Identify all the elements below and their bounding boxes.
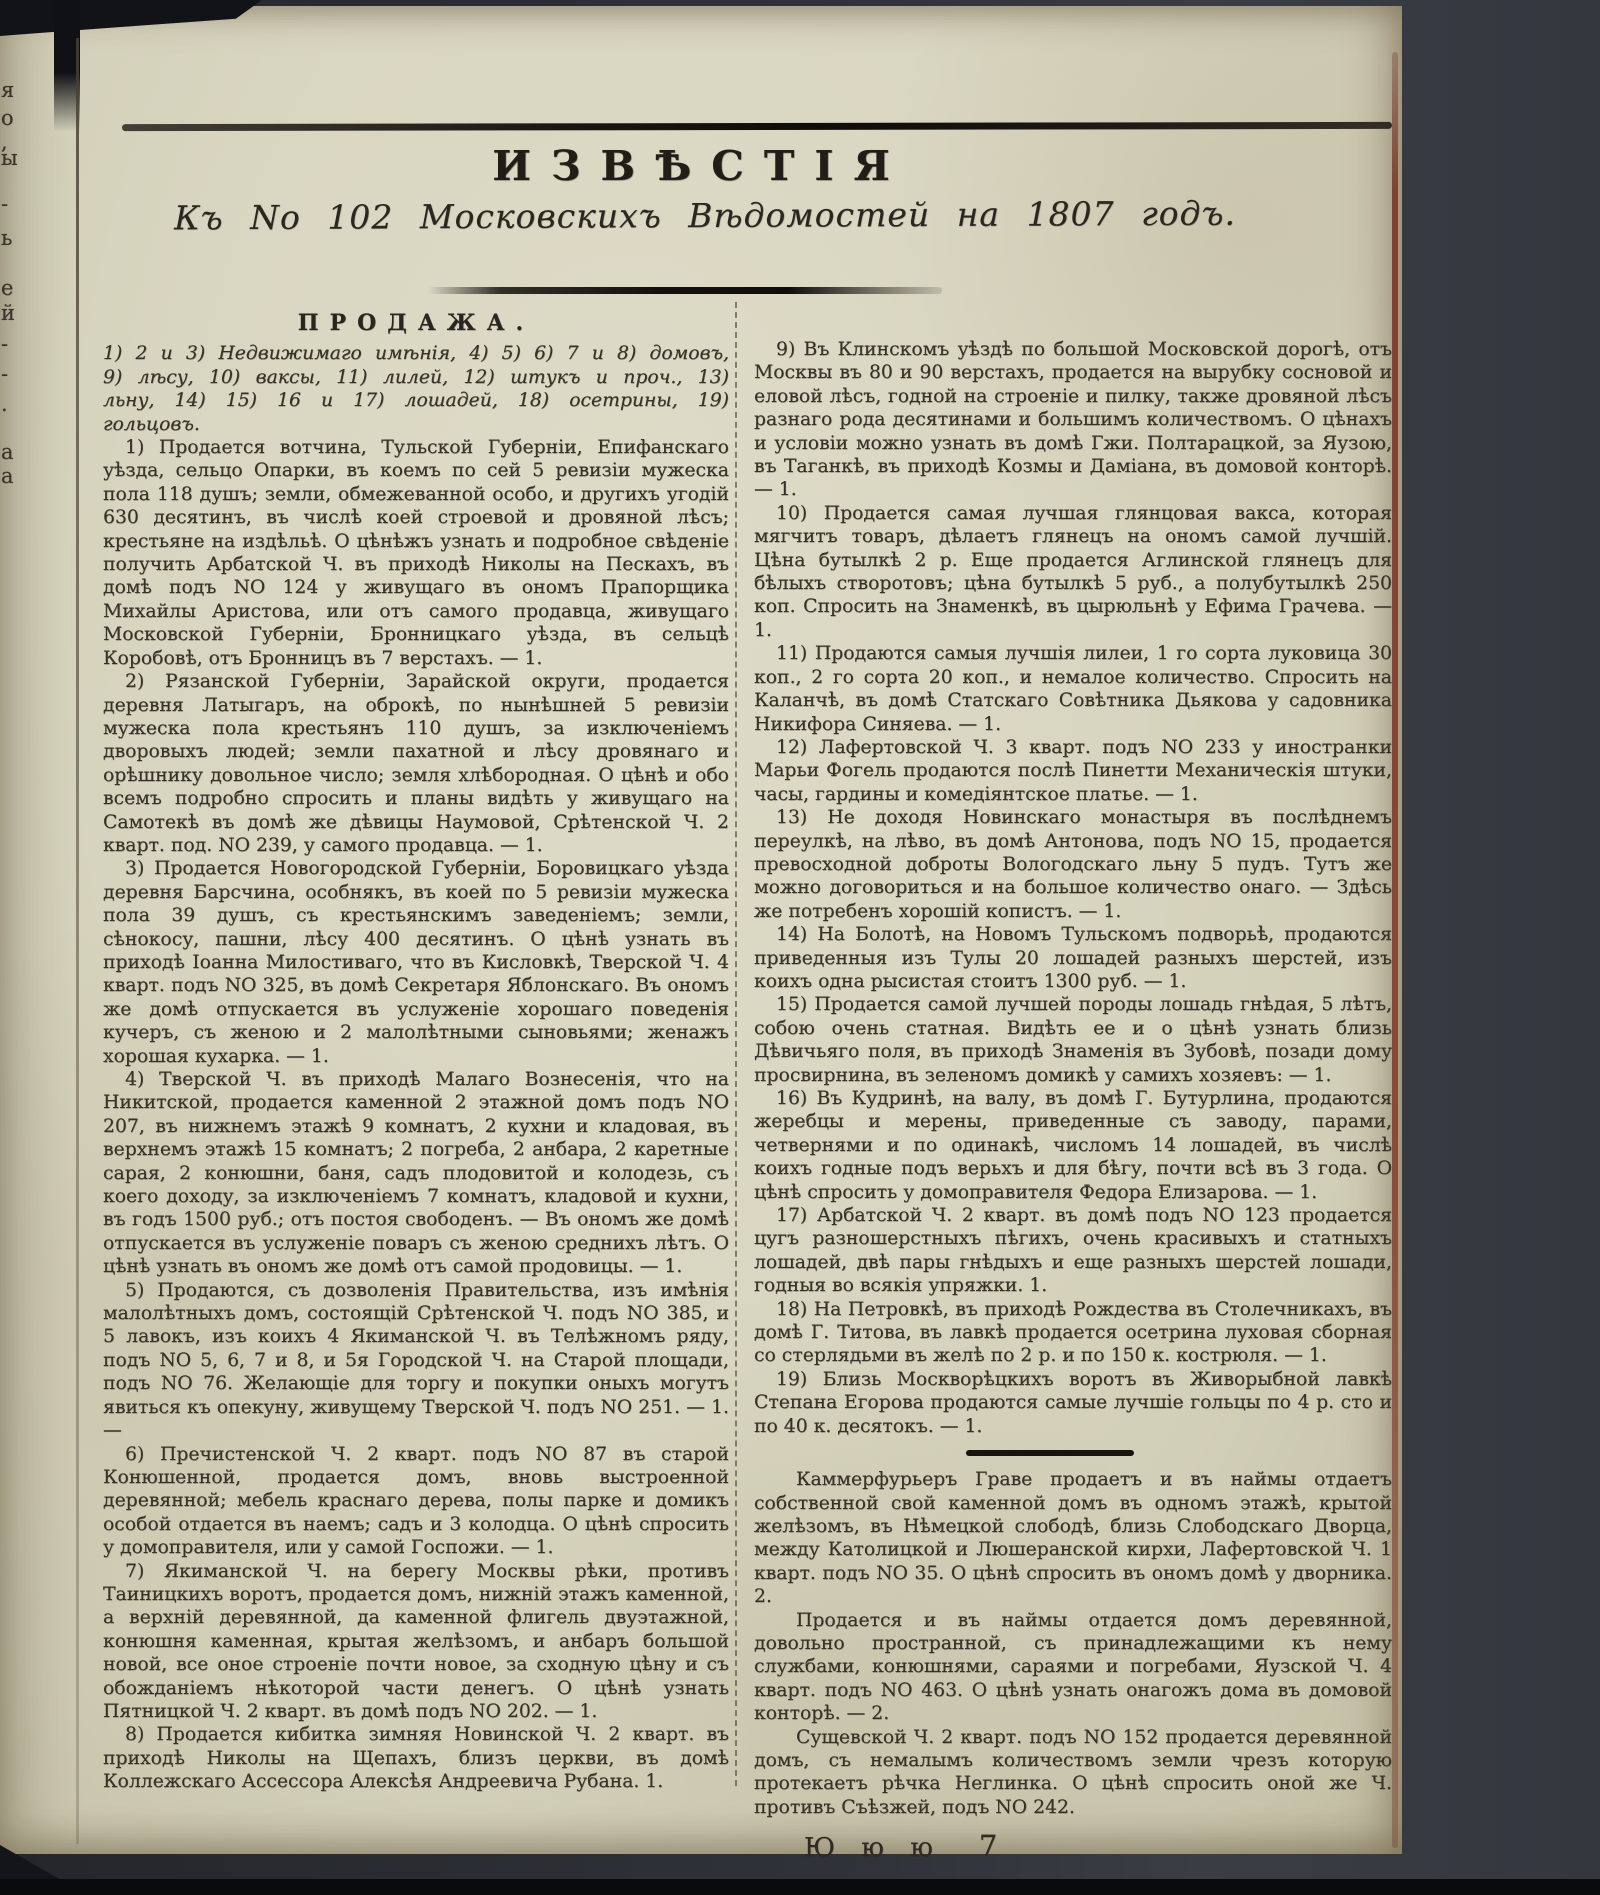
listing-item-6: 6) Пречистенской Ч. 2 кварт. подъ NO 87 … (103, 1443, 729, 1560)
notice-wooden-house: Продается и въ наймы отдается домъ дерев… (754, 1609, 1392, 1726)
facing-page-text-fragment: е (1, 278, 21, 298)
listing-item-15: 15) Продается самой лучшей породы лошадь… (754, 993, 1392, 1087)
column-divider-rule (735, 302, 737, 1786)
signature-number: 7 (979, 1829, 997, 1863)
listing-item-12: 12) Лафертовской Ч. 3 кварт. подъ NO 233… (754, 736, 1392, 806)
facing-page-text-fragment: о (1, 108, 21, 128)
facing-page-text-fragment: ь (1, 228, 21, 248)
subtitle-rule-fragment (428, 287, 942, 294)
listing-item-14: 14) На Болотѣ, на Новомъ Тульскомъ подво… (754, 923, 1392, 993)
listing-item-13: 13) Не доходя Новинскаго монастыря въ по… (754, 806, 1392, 923)
listing-item-8: 8) Продается кибитка зимняя Новинской Ч.… (103, 1723, 729, 1793)
listing-item-1: 1) Продается вотчина, Тульской Губерніи,… (103, 436, 729, 670)
facing-page-text-fragment: я (1, 80, 21, 100)
facing-page-text-fragment: й (1, 303, 21, 323)
facing-page-text-fragment: а (1, 466, 21, 486)
scanned-newspaper-page: я о , ы - ь е й - - . а а ИЗВѢСТІЯ Къ No… (0, 0, 1600, 1895)
listing-item-10: 10) Продается самая лучшая глянцовая вак… (754, 502, 1392, 642)
notice-sushchevskaya-house: Сущевской Ч. 2 кварт. подъ NO 152 продае… (754, 1726, 1392, 1820)
signature-mark: Ю ю ю7 (804, 1835, 1392, 1860)
page-title: ИЗВѢСТІЯ (0, 142, 1402, 190)
listing-item-11: 11) Продаются самыя лучшія лилеи, 1 го с… (754, 642, 1392, 736)
facing-page-text-fragment: а (1, 442, 21, 462)
listing-item-3: 3) Продается Новогородской Губерніи, Бор… (103, 857, 729, 1068)
notice-grave-house: Каммерфурьеръ Граве продаетъ и въ наймы … (754, 1468, 1392, 1608)
listing-item-2: 2) Рязанской Губерніи, Зарайской округи,… (103, 670, 729, 857)
page-edge-tint (1392, 52, 1398, 1848)
page-subtitle: Къ No 102 Московскихъ Вѣдомостей на 1807… (110, 193, 1300, 237)
listing-item-18: 18) На Петровкѣ, въ приходѣ Рождества въ… (754, 1298, 1392, 1368)
listing-item-16: 16) Въ Кудринѣ, на валу, въ домѣ Г. Буту… (754, 1087, 1392, 1204)
listing-item-9: 9) Въ Клинскомъ уѣздѣ по большой Московс… (754, 338, 1392, 502)
binding-shadow-bottom (0, 1879, 1600, 1895)
section-heading-sales: ПРОДАЖА. (103, 312, 729, 335)
signature-letters: Ю ю ю (804, 1833, 933, 1863)
listing-item-5: 5) Продаются, съ дозволенія Правительств… (103, 1279, 729, 1443)
facing-page-text-fragment: - (1, 364, 21, 384)
listing-item-7: 7) Якиманской Ч. на берегу Москвы рѣки, … (103, 1560, 729, 1724)
gutter-fold-line (76, 38, 79, 1844)
facing-page-text-fragment: . (1, 394, 21, 414)
listing-item-19: 19) Близь Москворѣцкихъ воротъ въ Живоры… (754, 1368, 1392, 1438)
listing-item-17: 17) Арбатской Ч. 2 кварт. въ домѣ подъ N… (754, 1204, 1392, 1298)
left-column: ПРОДАЖА. 1) 2 и 3) Недвижимаго имѣнія, 4… (103, 312, 729, 1794)
listing-item-4: 4) Тверской Ч. въ приходѣ Малаго Вознесе… (103, 1068, 729, 1279)
right-column: 9) Въ Клинскомъ уѣздѣ по большой Московс… (754, 338, 1392, 1861)
facing-page-text-fragment: - (1, 334, 21, 354)
sales-index-paragraph: 1) 2 и 3) Недвижимаго имѣнія, 4) 5) 6) 7… (103, 342, 729, 436)
notices-section-rule (966, 1450, 1134, 1456)
facing-page-text-fragment: - (1, 194, 21, 214)
